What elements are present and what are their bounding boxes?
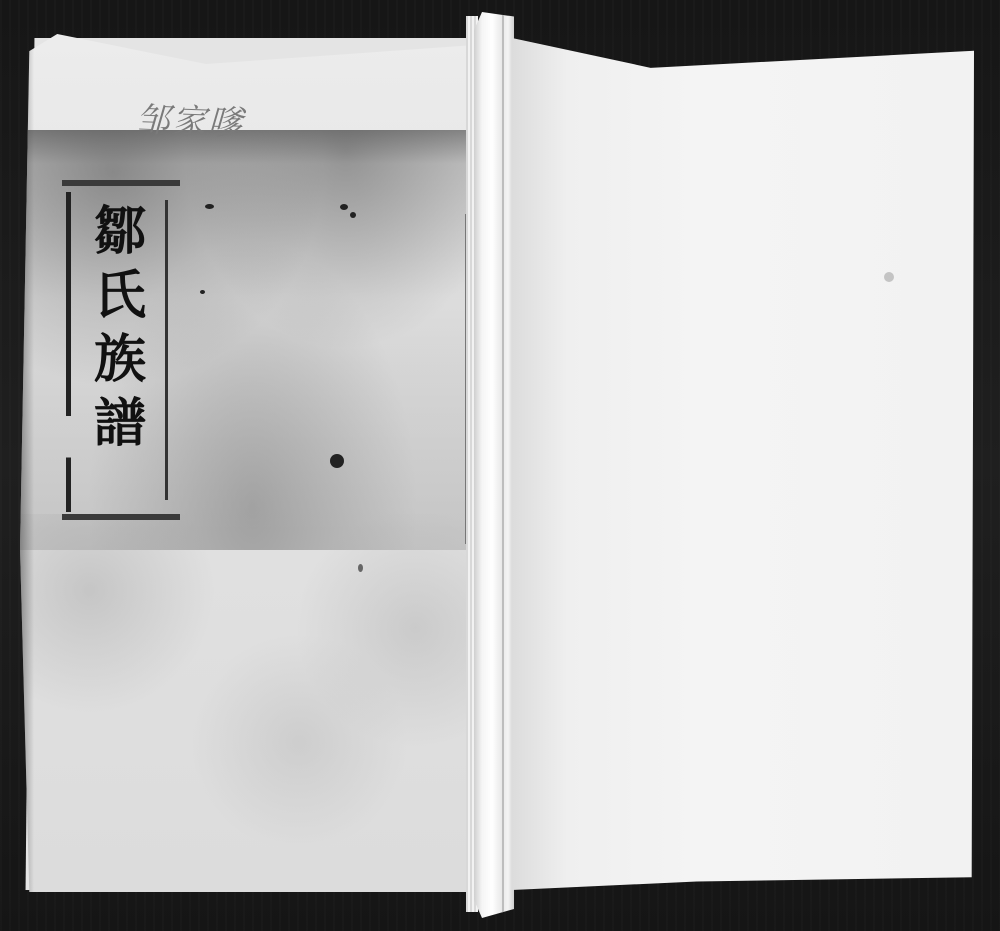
book-title: 鄒 氏 族 譜 — [84, 200, 156, 456]
ink-stain — [340, 204, 348, 210]
book-spine — [474, 12, 514, 918]
title-char-2: 氏 — [94, 264, 146, 328]
back-cover — [512, 38, 974, 890]
front-cover: 邹家嗲 鄒 氏 族 譜 — [20, 34, 485, 892]
handwritten-note: 邹家嗲 — [135, 92, 245, 145]
title-char-3: 族 — [94, 328, 146, 392]
ink-stain — [205, 204, 214, 209]
title-char-4: 譜 — [94, 392, 146, 456]
title-char-1: 鄒 — [94, 200, 146, 264]
ink-stain — [350, 212, 356, 218]
title-label-right-rule — [165, 200, 168, 500]
ink-stain — [200, 290, 205, 294]
ink-stain — [358, 564, 363, 572]
cover-smudge — [884, 272, 894, 282]
cover-speckle-texture — [20, 514, 485, 892]
ink-stain — [330, 454, 344, 468]
title-label-left-rule — [66, 192, 71, 512]
title-label-slip: 鄒 氏 族 譜 — [62, 180, 180, 520]
